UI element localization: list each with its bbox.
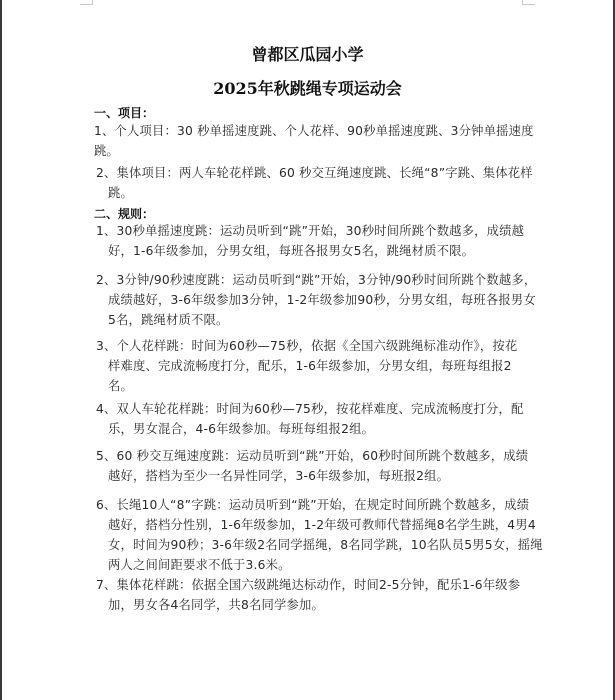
text-line: 5、60 秒交互绳速度跳：运动员听到“跳”开始，60秒时间所跳个数越多，成绩 xyxy=(96,446,528,466)
text-line: 1、30秒单摇速度跳：运动员听到“跳”开始，30秒时间所跳个数越多，成绩越 xyxy=(96,221,524,241)
text-line: 越好，搭档为至少一名异性同学，3-6年级参加，每班报2组。 xyxy=(96,466,528,486)
text-line: 两人之间间距要求不低于3.6米。 xyxy=(96,555,543,575)
rule-item-2: 2、3分钟/90秒速度跳：运动员听到“跳”开始，3分钟/90秒时间所跳个数越多，… xyxy=(96,270,536,330)
text-line: 好，1-6年级参加，分男女组，每班各报男女5名，跳绳材质不限。 xyxy=(96,241,524,261)
text-line: 跳。 xyxy=(94,141,534,161)
text-line: 乐，男女混合，4-6年级参加。每班每组报2组。 xyxy=(96,419,524,439)
section-heading-rules: 二、规则： xyxy=(94,205,154,222)
text-line: 加，男女各4名同学，共8名同学参加。 xyxy=(96,595,520,615)
text-line: 2、3分钟/90秒速度跳：运动员听到“跳”开始，3分钟/90秒时间所跳个数越多， xyxy=(96,270,536,290)
text-line: 6、长绳10人“8”字跳：运动员听到“跳”开始，在规定时间所跳个数越多，成绩 xyxy=(96,495,543,515)
document-title: 曾都区瓜园小学 xyxy=(0,42,615,65)
text-line: 女，时间为90秒；3-6年级2名同学摇绳，8名同学跳，10名队员5男5女，摇绳 xyxy=(96,535,543,555)
text-line: 跳。 xyxy=(96,183,533,203)
rule-item-5: 5、60 秒交互绳速度跳：运动员听到“跳”开始，60秒时间所跳个数越多，成绩 越… xyxy=(96,446,528,486)
rule-item-4: 4、双人车轮花样跳：时间为60秒—75秒，按花样难度、完成流畅度打分，配 乐，男… xyxy=(96,399,524,439)
document-page: 曾都区瓜园小学 2025年秋跳绳专项运动会 一、项目： 1、个人项目：30 秒单… xyxy=(0,0,615,700)
project-item-2: 2、集体项目：两人车轮花样跳、60 秒交互绳速度跳、长绳“8”字跳、集体花样 跳… xyxy=(96,163,533,203)
rule-item-7: 7、集体花样跳：依据全国六级跳绳达标动作，时间2-5分钟，配乐1-6年级参 加，… xyxy=(96,575,520,615)
project-item-1: 1、个人项目：30 秒单摇速度跳、个人花样、90秒单摇速度跳、3分钟单摇速度 跳… xyxy=(94,121,534,161)
text-line: 样难度、完成流畅度打分，配乐，1-6年级参加，分男女组，每班每组报2 xyxy=(96,356,517,376)
text-line: 7、集体花样跳：依据全国六级跳绳达标动作，时间2-5分钟，配乐1-6年级参 xyxy=(96,575,520,595)
text-line: 越好，搭档分性别，1-6年级参加，1-2年级可教师代替摇绳8名学生跳，4男4 xyxy=(96,515,543,535)
document-subtitle: 2025年秋跳绳专项运动会 xyxy=(0,76,615,99)
text-line: 4、双人车轮花样跳：时间为60秒—75秒，按花样难度、完成流畅度打分，配 xyxy=(96,399,524,419)
text-line: 2、集体项目：两人车轮花样跳、60 秒交互绳速度跳、长绳“8”字跳、集体花样 xyxy=(96,163,533,183)
text-line: 5名，跳绳材质不限。 xyxy=(96,310,536,330)
section-heading-projects: 一、项目： xyxy=(94,104,154,121)
rule-item-3: 3、个人花样跳：时间为60秒—75秒，依据《全国六级跳绳标准动作》，按花 样难度… xyxy=(96,336,517,396)
text-line: 1、个人项目：30 秒单摇速度跳、个人花样、90秒单摇速度跳、3分钟单摇速度 xyxy=(94,121,534,141)
text-line: 名。 xyxy=(96,376,517,396)
text-line: 3、个人花样跳：时间为60秒—75秒，依据《全国六级跳绳标准动作》，按花 xyxy=(96,336,517,356)
rule-item-1: 1、30秒单摇速度跳：运动员听到“跳”开始，30秒时间所跳个数越多，成绩越 好，… xyxy=(96,221,524,261)
rule-item-6: 6、长绳10人“8”字跳：运动员听到“跳”开始，在规定时间所跳个数越多，成绩 越… xyxy=(96,495,543,575)
text-line: 成绩越好，3-6年级参加3分钟，1-2年级参加90秒，分男女组，每班各报男女 xyxy=(96,290,536,310)
